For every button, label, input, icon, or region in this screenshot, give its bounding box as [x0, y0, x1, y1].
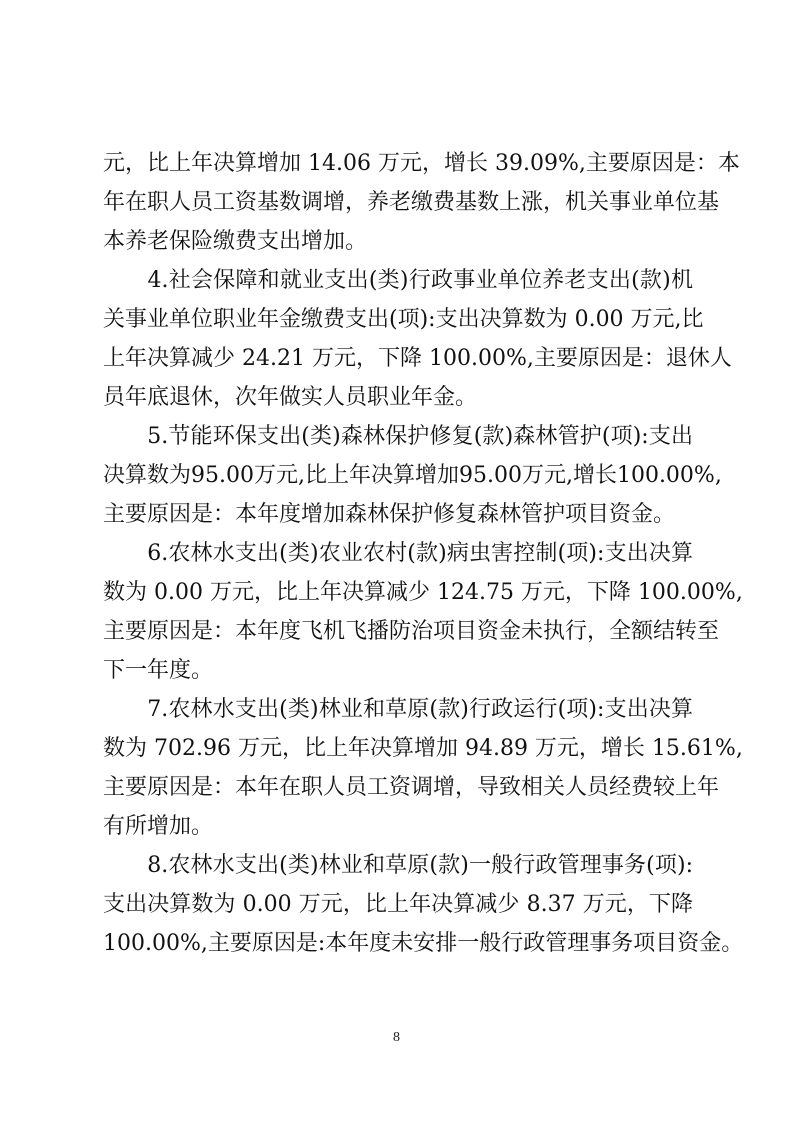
text-line: 年在职人员工资基数调增，养老缴费基数上涨，机关事业单位基 [103, 183, 693, 222]
text-line: 4.社会保障和就业支出(类)行政事业单位养老支出(款)机 [103, 261, 693, 300]
text-line: 本养老保险缴费支出增加。 [103, 222, 693, 261]
text-line: 5.节能环保支出(类)森林保护修复(款)森林管护(项):支出 [103, 417, 693, 456]
text-line: 100.00%,主要原因是:本年度未安排一般行政管理事务项目资金。 [103, 924, 693, 963]
text-line: 主要原因是：本年度增加森林保护修复森林管护项目资金。 [103, 495, 693, 534]
paragraph-8-general-administration: 8.农林水支出(类)林业和草原(款)一般行政管理事务(项): 支出决算数为 0.… [103, 846, 693, 963]
text-line: 数为 0.00 万元，比上年决算减少 124.75 万元，下降 100.00%, [103, 573, 693, 612]
paragraph-3-continuation: 元，比上年决算增加 14.06 万元，增长 39.09%,主要原因是：本 年在职… [103, 144, 693, 261]
page-number: 8 [0, 1030, 793, 1046]
text-line: 7.农林水支出(类)林业和草原(款)行政运行(项):支出决算 [103, 690, 693, 729]
text-line: 数为 702.96 万元，比上年决算增加 94.89 万元，增长 15.61%, [103, 729, 693, 768]
text-line: 主要原因是：本年在职人员工资调增，导致相关人员经费较上年 [103, 768, 693, 807]
text-line: 有所增加。 [103, 807, 693, 846]
paragraph-7-administrative-operation: 7.农林水支出(类)林业和草原(款)行政运行(项):支出决算 数为 702.96… [103, 690, 693, 846]
paragraph-5-forest-protection: 5.节能环保支出(类)森林保护修复(款)森林管护(项):支出 决算数为95.00… [103, 417, 693, 534]
paragraph-4-pension-annuity: 4.社会保障和就业支出(类)行政事业单位养老支出(款)机 关事业单位职业年金缴费… [103, 261, 693, 417]
document-page: 元，比上年决算增加 14.06 万元，增长 39.09%,主要原因是：本 年在职… [0, 0, 793, 1122]
text-line: 员年底退休，次年做实人员职业年金。 [103, 378, 693, 417]
text-line: 关事业单位职业年金缴费支出(项):支出决算数为 0.00 万元,比 [103, 300, 693, 339]
text-line: 上年决算减少 24.21 万元，下降 100.00%,主要原因是：退休人 [103, 339, 693, 378]
text-line: 元，比上年决算增加 14.06 万元，增长 39.09%,主要原因是：本 [103, 144, 693, 183]
text-line: 主要原因是：本年度飞机飞播防治项目资金未执行，全额结转至 [103, 612, 693, 651]
text-line: 8.农林水支出(类)林业和草原(款)一般行政管理事务(项): [103, 846, 693, 885]
paragraph-6-pest-control: 6.农林水支出(类)农业农村(款)病虫害控制(项):支出决算 数为 0.00 万… [103, 534, 693, 690]
text-line: 决算数为95.00万元,比上年决算增加95.00万元,增长100.00%, [103, 456, 693, 495]
body-text: 元，比上年决算增加 14.06 万元，增长 39.09%,主要原因是：本 年在职… [103, 144, 693, 963]
text-line: 支出决算数为 0.00 万元，比上年决算减少 8.37 万元，下降 [103, 885, 693, 924]
text-line: 6.农林水支出(类)农业农村(款)病虫害控制(项):支出决算 [103, 534, 693, 573]
text-line: 下一年度。 [103, 651, 693, 690]
